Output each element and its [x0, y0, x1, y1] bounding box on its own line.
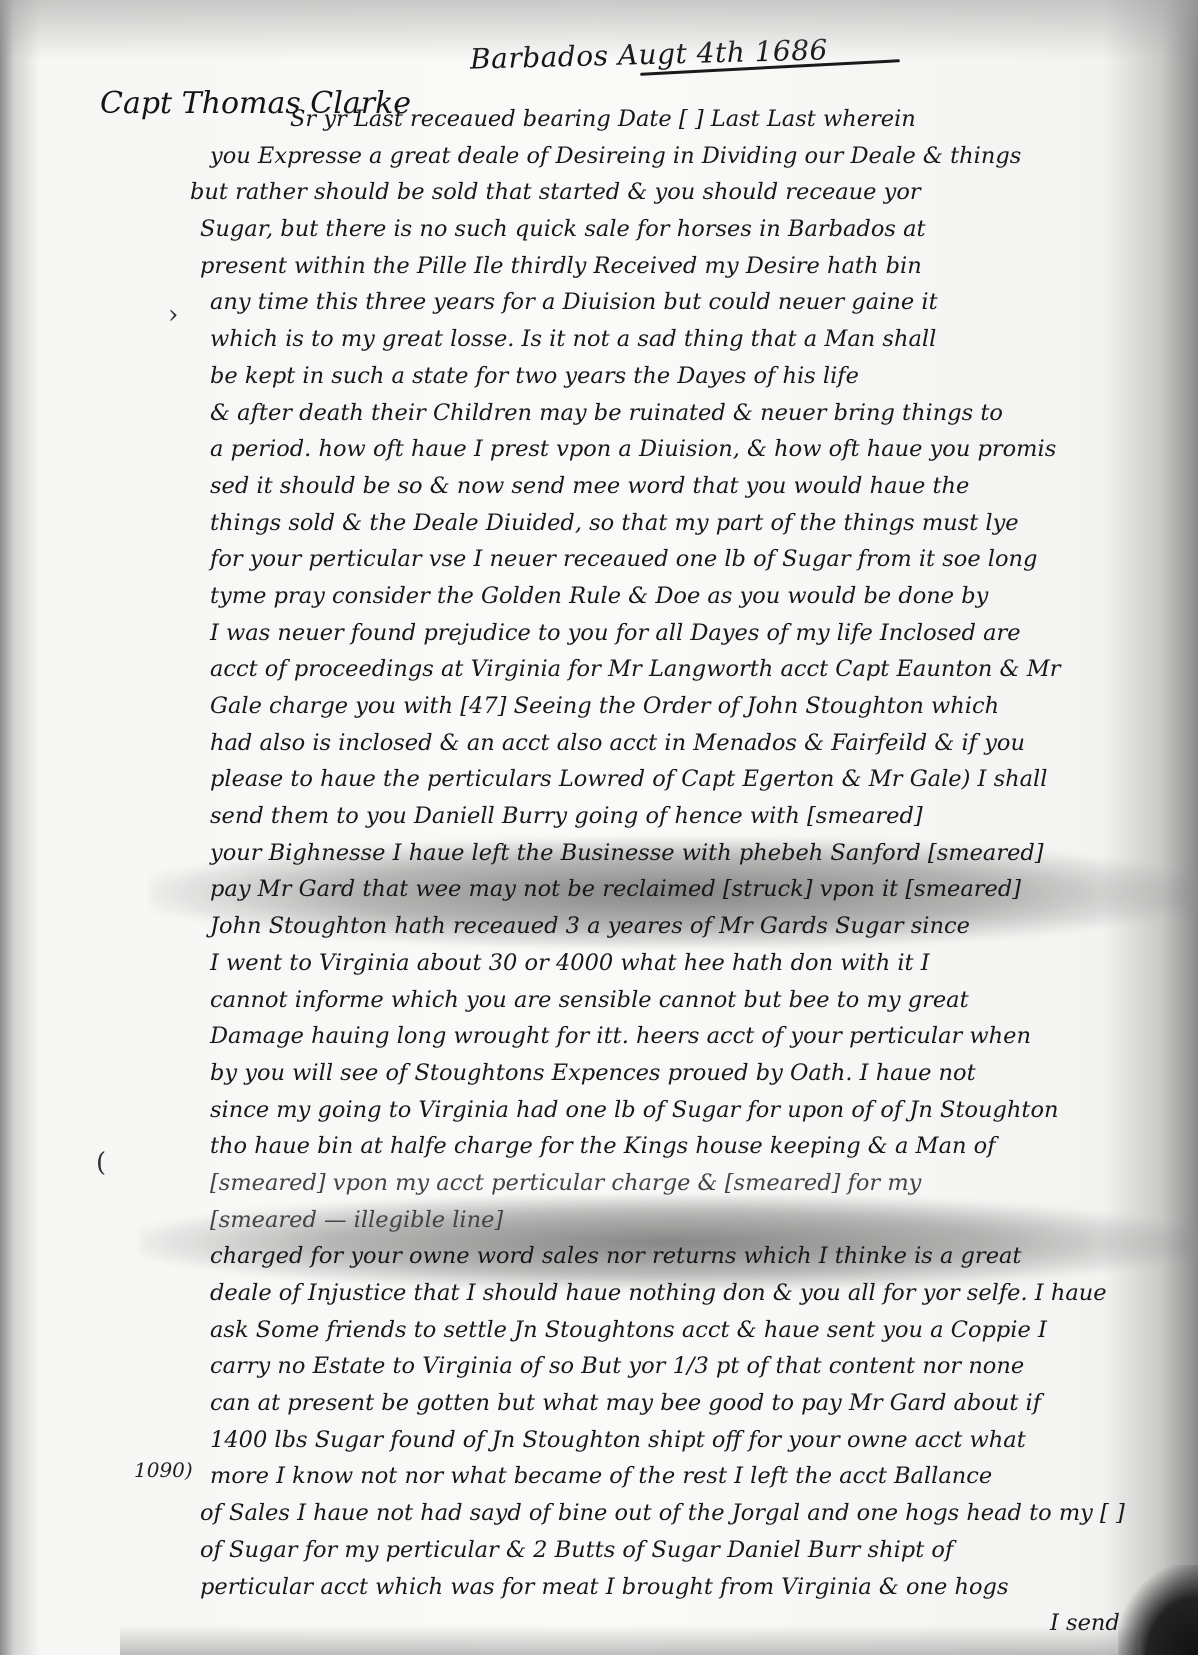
- letter-line: sed it should be so & now send mee word …: [170, 475, 1150, 512]
- letter-line: please to haue the perticulars Lowred of…: [170, 768, 1150, 805]
- letter-line: I went to Virginia about 30 or 4000 what…: [170, 952, 1150, 989]
- letter-line: charged for your owne word sales nor ret…: [170, 1245, 1150, 1282]
- manuscript-page: Barbados Augt 4th 1686 Capt Thomas Clark…: [0, 0, 1198, 1655]
- letter-line: since my going to Virginia had one lb of…: [170, 1099, 1150, 1136]
- letter-line: for your perticular vse I neuer receaued…: [170, 548, 1150, 585]
- letter-line: tyme pray consider the Golden Rule & Doe…: [170, 585, 1150, 622]
- letter-line-smeared: [smeared — illegible line]: [170, 1209, 1150, 1246]
- letter-heading: Barbados Augt 4th 1686: [470, 33, 829, 75]
- letter-line: perticular acct which was for meat I bro…: [170, 1576, 1150, 1613]
- letter-line: cannot informe which you are sensible ca…: [170, 989, 1150, 1026]
- letter-line: acct of proceedings at Virginia for Mr L…: [170, 658, 1150, 695]
- letter-line: Sugar, but there is no such quick sale f…: [170, 218, 1150, 255]
- page-bottom-edge: [120, 1625, 1138, 1655]
- letter-body: Sr yr Last receaued bearing Date [ ] Las…: [170, 108, 1150, 1649]
- letter-line: John Stoughton hath receaued 3 a yeares …: [170, 915, 1150, 952]
- letter-line-smeared: [smeared] vpon my acct perticular charge…: [170, 1172, 1150, 1209]
- margin-ink-mark: ›: [168, 300, 178, 330]
- letter-line: 1400 lbs Sugar found of Jn Stoughton shi…: [170, 1429, 1150, 1466]
- letter-line: & after death their Children may be ruin…: [170, 402, 1150, 439]
- letter-line: can at present be gotten but what may be…: [170, 1392, 1150, 1429]
- letter-line: a period. how oft haue I prest vpon a Di…: [170, 438, 1150, 475]
- letter-line: send them to you Daniell Burry going of …: [170, 805, 1150, 842]
- letter-line: more I know not nor what became of the r…: [170, 1465, 1150, 1502]
- letter-line: you Expresse a great deale of Desireing …: [170, 145, 1150, 182]
- letter-line: deale of Injustice that I should haue no…: [170, 1282, 1150, 1319]
- letter-line: which is to my great losse. Is it not a …: [170, 328, 1150, 365]
- letter-line: but rather should be sold that started &…: [170, 181, 1150, 218]
- margin-folio-number: 1090): [134, 1458, 193, 1482]
- letter-line: Sr yr Last receaued bearing Date [ ] Las…: [170, 108, 1150, 145]
- letter-line: of Sugar for my perticular & 2 Butts of …: [170, 1539, 1150, 1576]
- letter-line: any time this three years for a Diuision…: [170, 291, 1150, 328]
- page-corner-shadow: [1118, 1565, 1198, 1655]
- letter-line: Damage hauing long wrought for itt. heer…: [170, 1025, 1150, 1062]
- letter-line: Gale charge you with [47] Seeing the Ord…: [170, 695, 1150, 732]
- letter-line: by you will see of Stoughtons Expences p…: [170, 1062, 1150, 1099]
- letter-line: of Sales I haue not had sayd of bine out…: [170, 1502, 1150, 1539]
- letter-line: present within the Pille Ile thirdly Rec…: [170, 255, 1150, 292]
- letter-line: ask Some friends to settle Jn Stoughtons…: [170, 1319, 1150, 1356]
- letter-line: things sold & the Deale Diuided, so that…: [170, 512, 1150, 549]
- margin-ink-mark: (: [96, 1148, 106, 1178]
- letter-line: tho haue bin at halfe charge for the Kin…: [170, 1135, 1150, 1172]
- letter-line: your Bighnesse I haue left the Businesse…: [170, 842, 1150, 879]
- letter-line: had also is inclosed & an acct also acct…: [170, 732, 1150, 769]
- letter-line: pay Mr Gard that wee may not be reclaime…: [170, 878, 1150, 915]
- letter-line: be kept in such a state for two years th…: [170, 365, 1150, 402]
- letter-line: I was neuer found prejudice to you for a…: [170, 622, 1150, 659]
- letter-line: carry no Estate to Virginia of so But yo…: [170, 1355, 1150, 1392]
